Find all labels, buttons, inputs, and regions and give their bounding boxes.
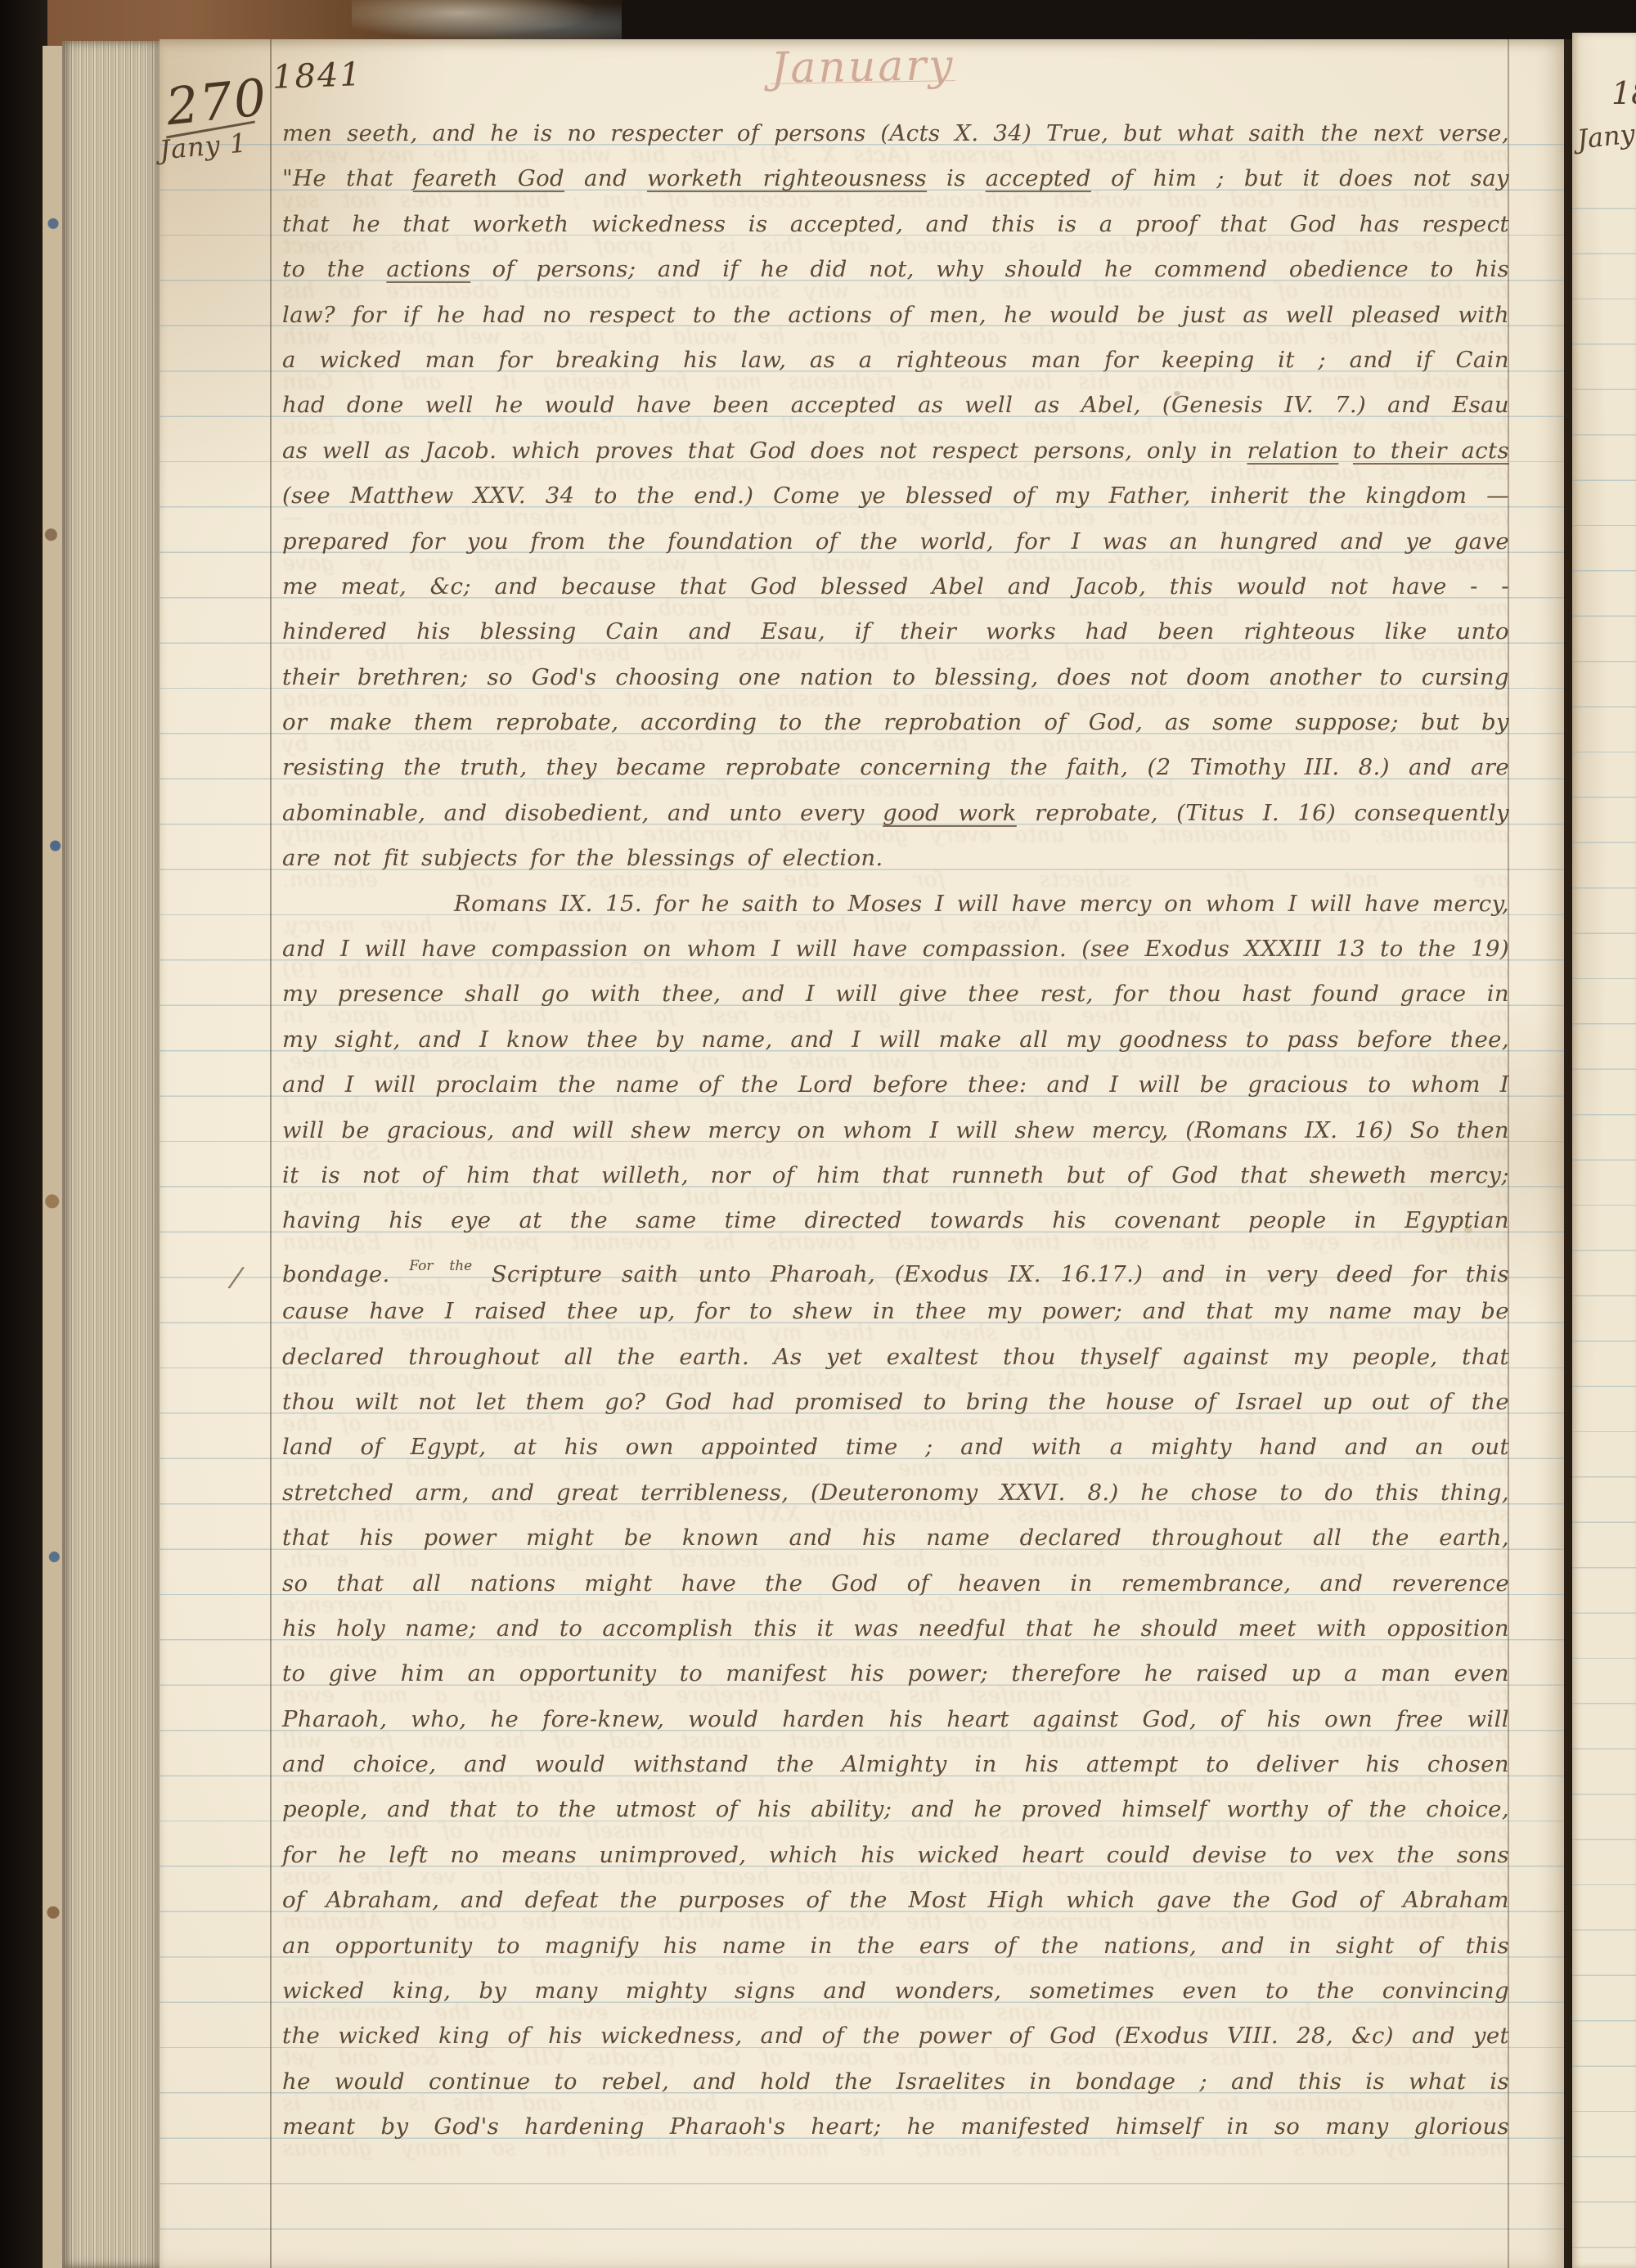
manuscript-line: had done well he would have been accepte… [282, 383, 1509, 428]
manuscript-line: me meat, &c; and because that God blesse… [282, 564, 1509, 609]
manuscript-line: a wicked man for breaking his law, as a … [282, 338, 1509, 383]
manuscript-line: will be gracious, and will shew mercy on… [282, 1108, 1509, 1153]
manuscript-line: his holy name; and to accomplish this it… [282, 1606, 1509, 1651]
book-cover-frayed-cloth [352, 0, 622, 43]
manuscript-line: my sight, and I know thee by name, and I… [282, 1017, 1509, 1062]
manuscript-line: that his power might be known and his na… [282, 1516, 1509, 1561]
journal-page-screenshot: 270 1841 January Jany 1 / men seeth, and… [0, 0, 1636, 2268]
page-number: 270 [164, 67, 271, 137]
book-cover-left-edge [0, 0, 47, 2268]
stacked-page-edges [62, 41, 162, 2268]
manuscript-line: thou wilt not let them go? God had promi… [282, 1380, 1509, 1425]
manuscript-text: men seeth, and he is no respecter of per… [282, 111, 1509, 2150]
facing-margin-date: Jany [1575, 118, 1636, 155]
manuscript-line: and I will have compassion on whom I wil… [282, 927, 1509, 972]
manuscript-line: bondage. For the Scripture saith unto Ph… [282, 1244, 1509, 1289]
manuscript-line: having his eye at the same time directed… [282, 1198, 1509, 1243]
manuscript-line: to give him an opportunity to manifest h… [282, 1651, 1509, 1696]
facing-partial-year: 18 [1611, 75, 1636, 111]
manuscript-line: he would continue to rebel, and hold the… [282, 2059, 1509, 2104]
manuscript-line: wicked king, by many mighty signs and wo… [282, 1969, 1509, 2014]
manuscript-line: my presence shall go with thee, and I wi… [282, 972, 1509, 1017]
manuscript-line: men seeth, and he is no respecter of per… [282, 111, 1509, 156]
manuscript-line: an opportunity to magnify his name in th… [282, 1924, 1509, 1969]
manuscript-line: law? for if he had no respect to the act… [282, 293, 1509, 338]
month-header: January [683, 39, 1044, 95]
manuscript-line: people, and that to the utmost of his ab… [282, 1787, 1509, 1832]
page-gutter-shadow [1564, 39, 1572, 2268]
manuscript-line: so that all nations might have the God o… [282, 1561, 1509, 1606]
manuscript-line: Romans IX. 15. for he saith to Moses I w… [282, 882, 1509, 927]
manuscript-line: and choice, and would withstand the Almi… [282, 1742, 1509, 1787]
manuscript-line: to the actions of persons; and if he did… [282, 247, 1509, 292]
manuscript-line: cause have I raised thee up, for to shew… [282, 1289, 1509, 1334]
manuscript-line: their brethren; so God's choosing one na… [282, 655, 1509, 700]
facing-page-sliver: 18 Jany [1572, 33, 1636, 2268]
manuscript-line: that he that worketh wickedness is accep… [282, 202, 1509, 247]
manuscript-line: the wicked king of his wickedness, and o… [282, 2014, 1509, 2059]
manuscript-line: "He that feareth God and worketh righteo… [282, 156, 1509, 201]
manuscript-line: Pharaoh, who, he fore-knew, would harden… [282, 1697, 1509, 1742]
manuscript-line: are not fit subjects for the blessings o… [282, 836, 1509, 881]
manuscript-line: declared throughout all the earth. As ye… [282, 1335, 1509, 1380]
manuscript-line: for he left no means unimproved, which h… [282, 1833, 1509, 1878]
manuscript-line: as well as Jacob. which proves that God … [282, 429, 1509, 474]
manuscript-line: (see Matthew XXV. 34 to the end.) Come y… [282, 474, 1509, 519]
manuscript-line: of Abraham, and defeat the purposes of t… [282, 1878, 1509, 1923]
marbled-endpaper-strip [43, 46, 64, 2268]
manuscript-line: it is not of him that willeth, nor of hi… [282, 1153, 1509, 1198]
manuscript-line: resisting the truth, they became reproba… [282, 745, 1509, 790]
manuscript-line: and I will proclaim the name of the Lord… [282, 1062, 1509, 1107]
manuscript-line: meant by God's hardening Pharaoh's heart… [282, 2104, 1509, 2149]
year-header: 1841 [272, 56, 362, 97]
facing-ruled-lines [1572, 164, 1636, 2268]
manuscript-line: stretched arm, and great terribleness, (… [282, 1471, 1509, 1516]
manuscript-line: hindered his blessing Cain and Esau, if … [282, 609, 1509, 654]
manuscript-line: prepared for you from the foundation of … [282, 519, 1509, 564]
manuscript-line: abominable, and disobedient, and unto ev… [282, 791, 1509, 836]
manuscript-line: land of Egypt, at his own appointed time… [282, 1425, 1509, 1470]
manuscript-page: 270 1841 January Jany 1 / men seeth, and… [160, 39, 1564, 2268]
manuscript-line: or make them reprobate, according to the… [282, 700, 1509, 745]
left-margin-rule [270, 39, 272, 2268]
